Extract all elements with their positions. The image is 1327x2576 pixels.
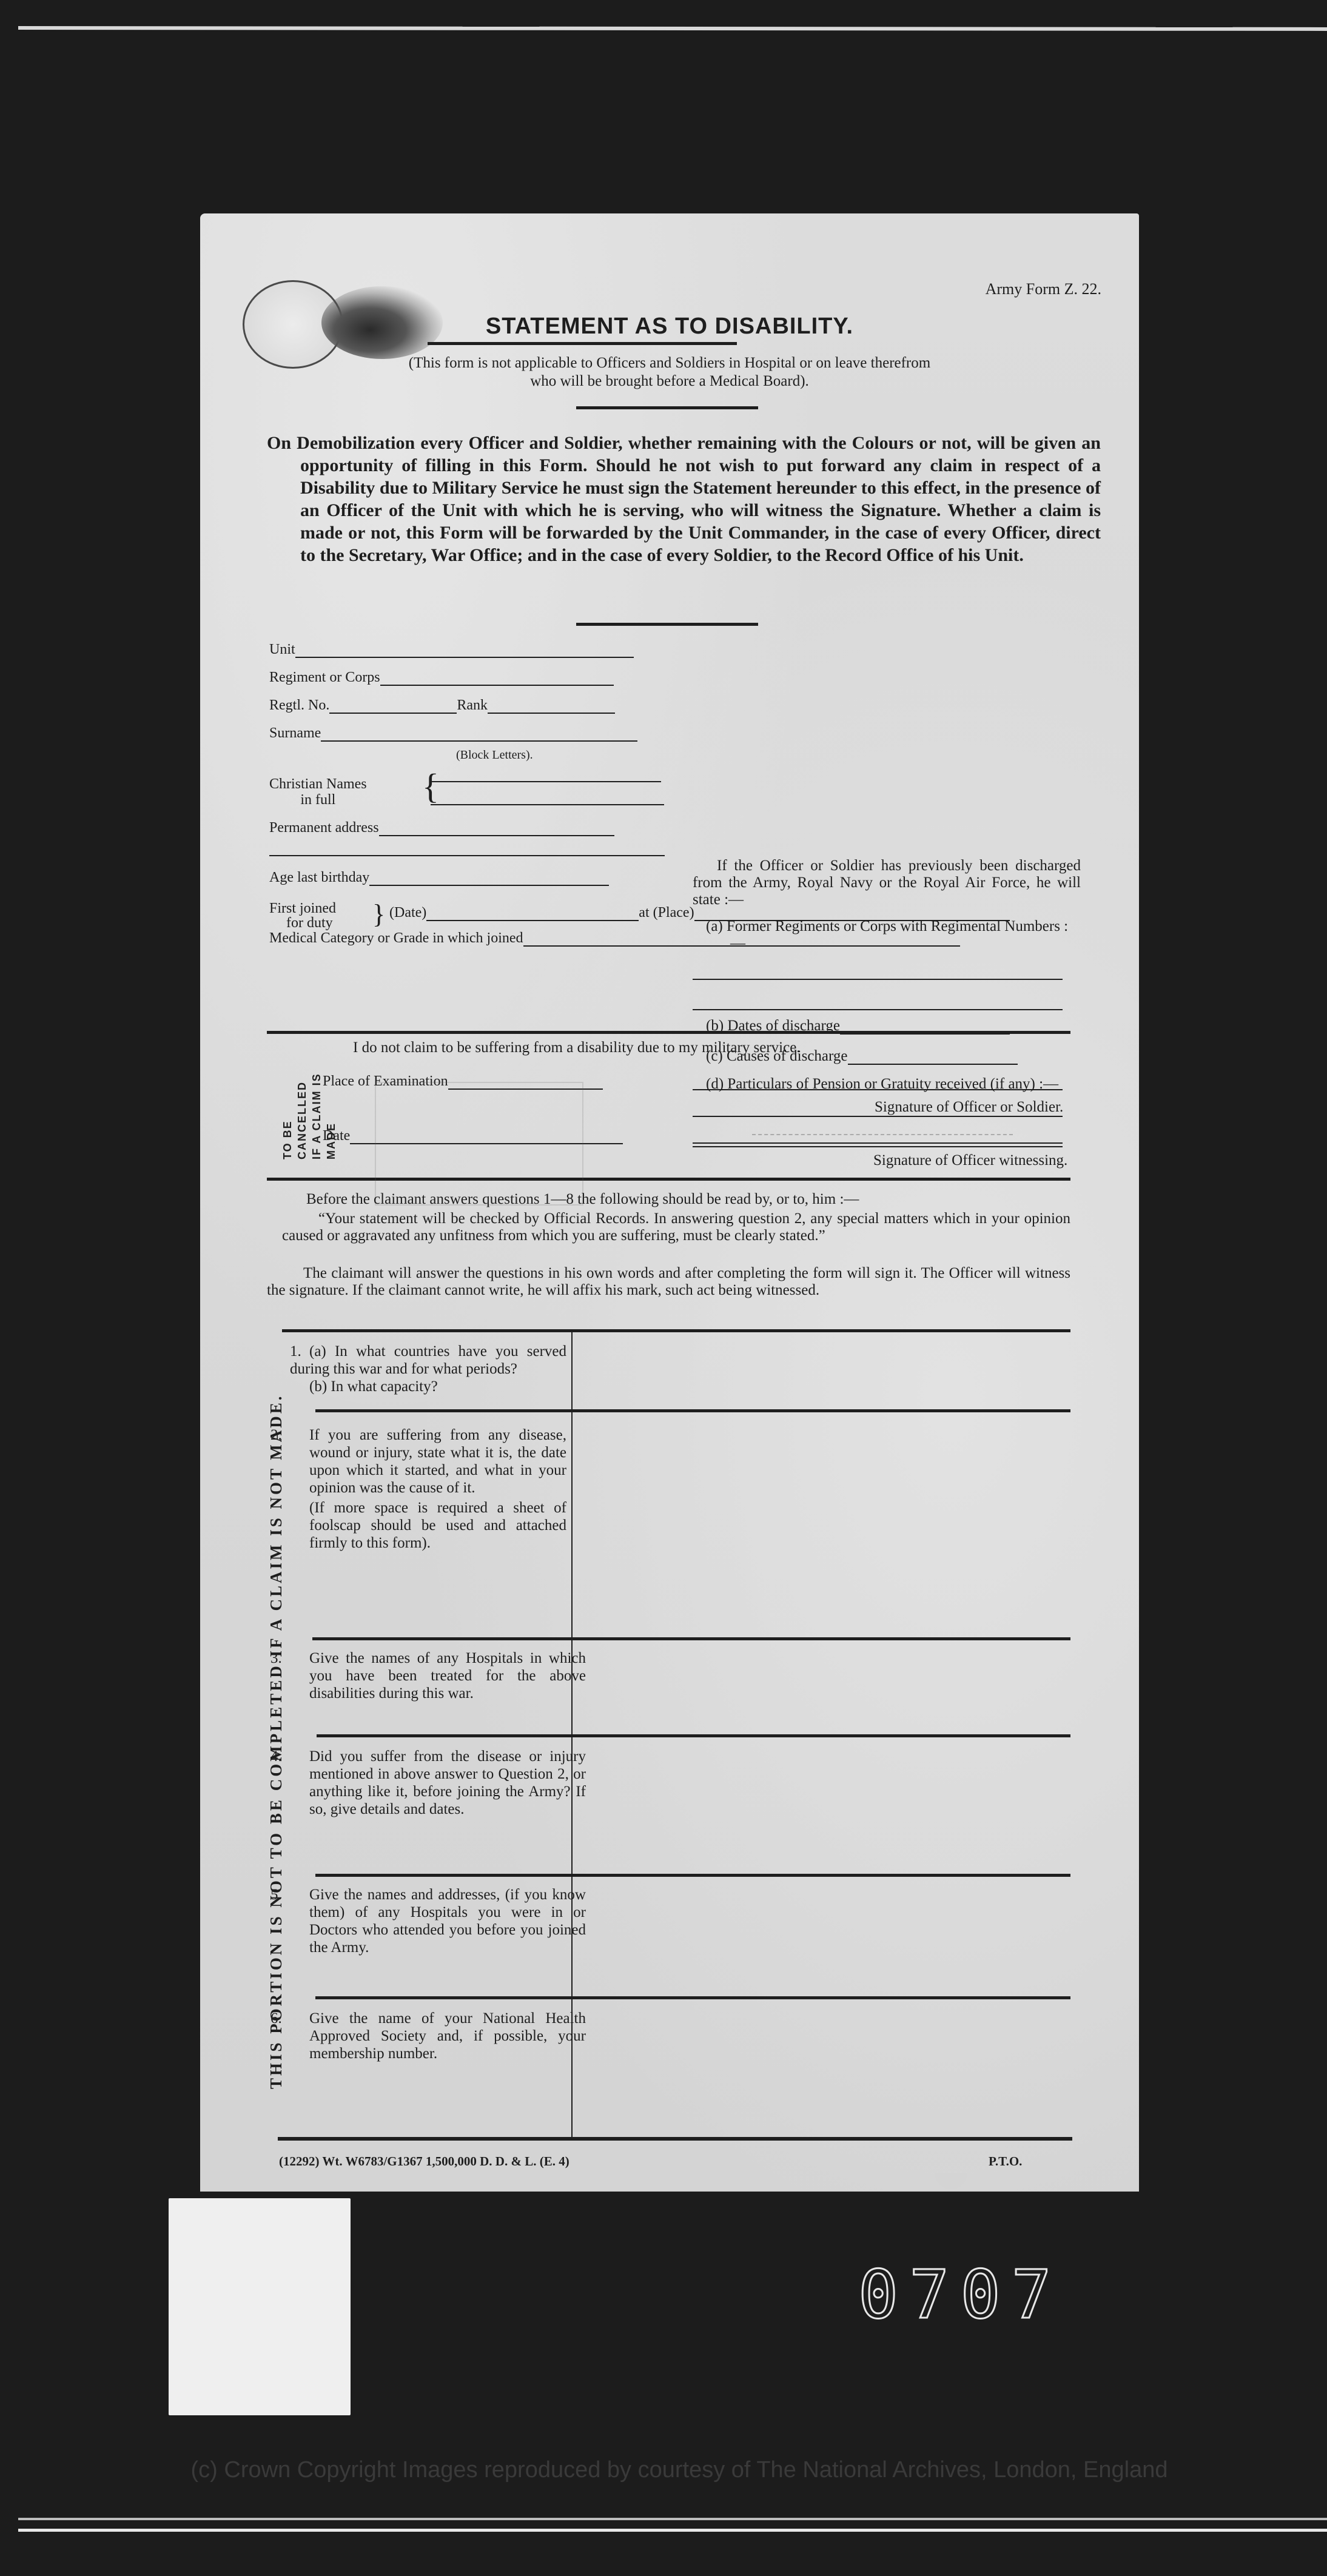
divider xyxy=(315,1996,1070,1999)
question-6: 6.Give the name of your National Health … xyxy=(290,2010,586,2062)
print-code: (12292) Wt. W6783/G1367 1,500,000 D. D. … xyxy=(279,2154,569,2169)
question-1-text-b: (b) In what capacity? xyxy=(290,1378,566,1395)
divider xyxy=(576,623,758,626)
question-6-num: 6. xyxy=(290,2010,309,2027)
faded-stamp-mark xyxy=(375,1082,583,1206)
unit-label: Unit xyxy=(269,642,295,658)
answer-4-input[interactable] xyxy=(579,1742,1064,1863)
item-a: (a) Former Regiments or Corps with Regim… xyxy=(693,918,1081,952)
question-5: 5.Give the names and addresses, (if you … xyxy=(290,1886,586,1956)
first-joined-label-2: for duty xyxy=(269,916,336,930)
frame-number: 0707 xyxy=(858,2256,1063,2333)
subtitle: (This form is not applicable to Officers… xyxy=(200,354,1139,391)
pto-label: P.T.O. xyxy=(989,2154,1022,2169)
place-label: at (Place) xyxy=(639,905,694,921)
regiment-label: Regiment or Corps xyxy=(269,669,380,686)
christian-names-label-2: in full xyxy=(269,792,367,808)
address-field[interactable]: Permanent address xyxy=(269,820,614,836)
film-tag-label xyxy=(169,2198,351,2415)
instructions-after: The claimant will answer the questions i… xyxy=(267,1265,1070,1299)
regtl-no-field[interactable]: Regtl. No. Rank xyxy=(269,697,615,714)
unit-field[interactable]: Unit xyxy=(269,642,634,658)
previous-discharge-intro: If the Officer or Soldier has previously… xyxy=(693,857,1081,908)
instructions-before: Before the claimant answers questions 1—… xyxy=(306,1191,859,1208)
former-regiments-input-1[interactable] xyxy=(693,964,1063,980)
address-input-1[interactable] xyxy=(379,820,614,836)
question-5-num: 5. xyxy=(290,1886,309,1903)
christian-names-label-1: Christian Names xyxy=(269,776,367,792)
age-label: Age last birthday xyxy=(269,870,369,886)
intro-paragraph: On Demobilization every Officer and Sold… xyxy=(267,432,1101,566)
title-underline xyxy=(428,342,737,345)
date-label: (Date) xyxy=(389,905,426,921)
causes-of-discharge-input[interactable] xyxy=(848,1049,1018,1065)
copyright-notice: (c) Crown Copyright Images reproduced by… xyxy=(109,2457,1249,2483)
subtitle-line-1: (This form is not applicable to Officers… xyxy=(200,354,1139,372)
item-a-text: Former Regiments or Corps with Regimenta… xyxy=(727,918,1068,951)
address-input-2[interactable] xyxy=(269,840,665,856)
subtitle-line-2: who will be brought before a Medical Boa… xyxy=(200,372,1139,391)
age-field[interactable]: Age last birthday xyxy=(269,870,609,886)
surname-label: Surname xyxy=(269,725,321,742)
question-2-text: If you are suffering from any disease, w… xyxy=(309,1427,566,1496)
regtl-no-input[interactable] xyxy=(329,698,457,714)
first-joined-label-1: First joined xyxy=(269,901,336,916)
regtl-no-label: Regtl. No. xyxy=(269,697,329,714)
witness-signature-label: Signature of Officer witnessing. xyxy=(873,1152,1067,1169)
age-input[interactable] xyxy=(369,870,609,886)
block-letters-note: (Block Letters). xyxy=(456,748,533,762)
question-4-text: Did you suffer from the disease or injur… xyxy=(309,1748,586,1817)
medical-category-label: Medical Category or Grade in which joine… xyxy=(269,930,523,947)
address-label: Permanent address xyxy=(269,820,379,836)
regiment-input[interactable] xyxy=(380,670,614,686)
joined-date-input[interactable] xyxy=(426,905,639,921)
answer-1-input[interactable] xyxy=(579,1341,1064,1402)
regiment-field[interactable]: Regiment or Corps xyxy=(269,669,614,686)
divider xyxy=(315,1409,1070,1412)
unit-input[interactable] xyxy=(295,642,634,658)
divider xyxy=(282,1329,1070,1332)
rank-input[interactable] xyxy=(488,698,615,714)
surname-field[interactable]: Surname xyxy=(269,725,637,742)
answer-6-input[interactable] xyxy=(579,2005,1064,2102)
form-number: Army Form Z. 22. xyxy=(986,280,1101,298)
brace-icon: } xyxy=(372,899,385,930)
page-title: STATEMENT AS TO DISABILITY. xyxy=(200,314,1139,340)
document-page: Army Form Z. 22. STATEMENT AS TO DISABIL… xyxy=(200,213,1139,2192)
question-3-num: 3. xyxy=(290,1649,309,1667)
cancel-side-label-1: TO BE CANCELLED xyxy=(281,1081,308,1159)
question-6-text: Give the name of your National Health Ap… xyxy=(309,2010,586,2062)
divider xyxy=(312,1637,1070,1640)
question-3-text: Give the names of any Hospitals in which… xyxy=(309,1650,586,1702)
divider xyxy=(267,1031,1070,1034)
surname-input[interactable] xyxy=(321,726,637,742)
item-a-label: (a) xyxy=(706,918,723,934)
question-5-text: Give the names and addresses, (if you kn… xyxy=(309,1887,586,1956)
question-1-num: 1. xyxy=(290,1343,309,1360)
answer-5-input[interactable] xyxy=(579,1881,1064,1984)
question-2: 2.If you are suffering from any disease,… xyxy=(290,1426,566,1552)
rank-label: Rank xyxy=(457,697,488,714)
christian-names-input-1[interactable] xyxy=(431,766,661,782)
question-4-num: 4. xyxy=(290,1748,309,1765)
faded-signature-mark xyxy=(752,1110,1013,1135)
film-edge-bottom xyxy=(18,2518,1327,2520)
christian-names-input-2[interactable] xyxy=(431,790,664,805)
declaration-text: I do not claim to be suffering from a di… xyxy=(353,1039,801,1056)
instructions-quote: “Your statement will be checked by Offic… xyxy=(282,1210,1070,1244)
christian-names-label: Christian Names in full xyxy=(269,776,367,808)
divider xyxy=(576,406,758,409)
divider xyxy=(315,1874,1070,1877)
divider xyxy=(317,1734,1070,1737)
question-3: 3.Give the names of any Hospitals in whi… xyxy=(290,1649,586,1702)
former-regiments-input-2[interactable] xyxy=(693,995,1063,1010)
film-edge-bottom xyxy=(18,2529,1327,2532)
first-joined-label: First joined for duty xyxy=(269,901,336,930)
question-4: 4.Did you suffer from the disease or inj… xyxy=(290,1748,586,1818)
date-label: Date xyxy=(323,1128,350,1144)
question-1-text: 1.(a) In what countries have you served … xyxy=(290,1343,566,1378)
soldier-signature-input[interactable] xyxy=(693,1075,1063,1090)
answer-2-input[interactable] xyxy=(579,1420,1064,1620)
question-2-note: (If more space is required a sheet of fo… xyxy=(290,1499,566,1552)
divider xyxy=(278,2137,1072,2141)
question-1: 1.(a) In what countries have you served … xyxy=(290,1343,566,1395)
answer-3-input[interactable] xyxy=(579,1645,1064,1729)
question-1-text-a: (a) In what countries have you served du… xyxy=(290,1343,566,1377)
film-edge-top xyxy=(18,26,1327,31)
question-2-num: 2. xyxy=(290,1426,309,1444)
